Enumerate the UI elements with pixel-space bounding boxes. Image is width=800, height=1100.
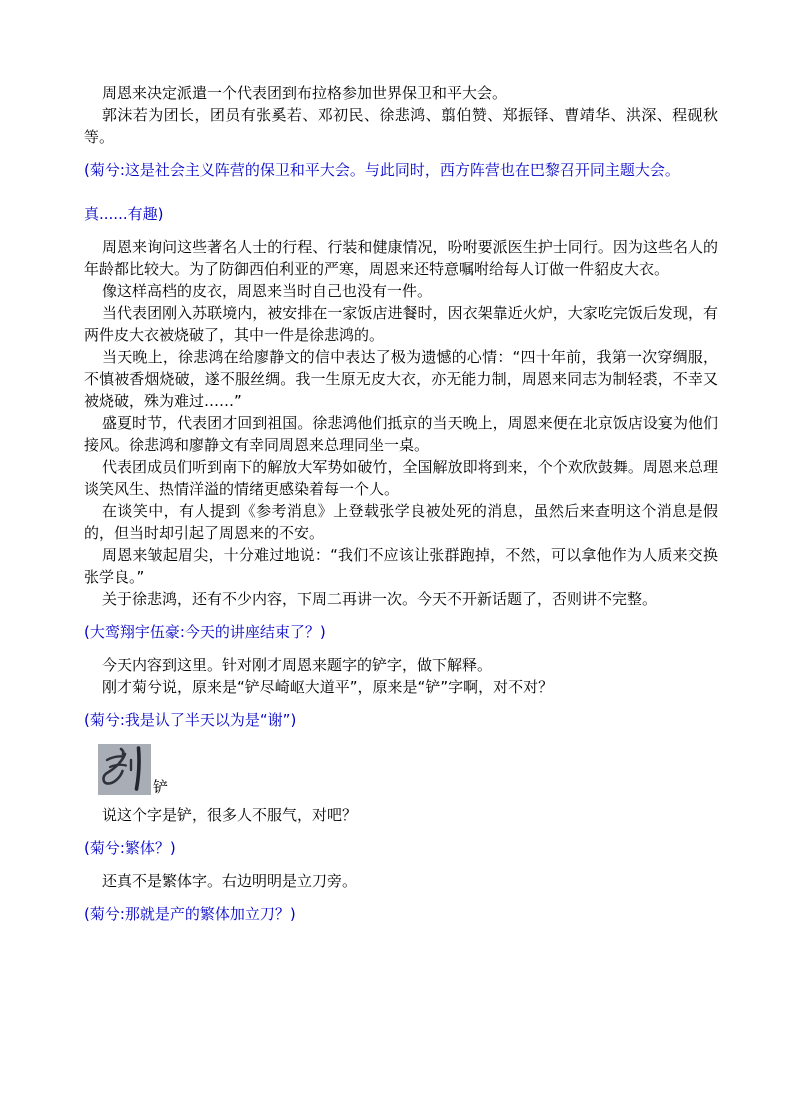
paragraph: 在谈笑中，有人提到《参考消息》上登载张学良被处死的消息，虽然后来查明这个消息是假…	[84, 500, 718, 544]
comment: (菊兮:我是认了半天以为是“谢”)	[84, 709, 718, 731]
comment-line: (菊兮:我是认了半天以为是“谢”)	[84, 709, 718, 731]
comment: (菊兮:这是社会主义阵营的保卫和平大会。与此同时，西方阵营也在巴黎召开同主题大会…	[84, 159, 718, 225]
paragraph: 代表团成员们听到南下的解放大军势如破竹，全国解放即将到来，个个欢欣鼓舞。周恩来总…	[84, 456, 718, 500]
document-page: 周恩来决定派遣一个代表团到布拉格参加世界保卫和平大会。郭沫若为团长，团员有张奚若…	[0, 0, 800, 1100]
comment-line: (大鸾翔宇伍豪:今天的讲座结束了？)	[84, 621, 718, 643]
paragraph: 刚才菊兮说，原来是“铲尽崎岖大道平”，原来是“铲”字啊，对不对？	[84, 676, 718, 698]
paragraph: 关于徐悲鸿，还有不少内容，下周二再讲一次。今天不开新话题了，否则讲不完整。	[84, 588, 718, 610]
paragraph: 周恩来询问这些著名人士的行程、行装和健康情况，吩咐要派医生护士同行。因为这些名人…	[84, 236, 718, 280]
calligraphy-figure: 铲	[98, 744, 718, 795]
comment-line: (菊兮:繁体？)	[84, 837, 718, 859]
comment-line: 真......有趣)	[84, 203, 718, 225]
paragraph: 盛夏时节，代表团才回到祖国。徐悲鸿他们抵京的当天晚上，周恩来便在北京饭店设宴为他…	[84, 412, 718, 456]
paragraph: 像这样高档的皮衣，周恩来当时自己也没有一件。	[84, 280, 718, 302]
paragraph: 周恩来皱起眉尖，十分难过地说：“我们不应该让张群跑掉，不然，可以拿他作为人质来交…	[84, 544, 718, 588]
paragraph: 郭沫若为团长，团员有张奚若、邓初民、徐悲鸿、翦伯赞、郑振铎、曹靖华、洪深、程砚秋…	[84, 104, 718, 148]
comment-line	[84, 181, 718, 203]
comment: (菊兮:繁体？)	[84, 837, 718, 859]
calligraphy-image	[98, 744, 151, 795]
paragraph: 说这个字是铲，很多人不服气，对吧？	[84, 804, 718, 826]
cursive-chan-glyph	[98, 744, 151, 795]
comment-line: (菊兮:那就是产的繁体加立刀？)	[84, 903, 718, 925]
comment-line: (菊兮:这是社会主义阵营的保卫和平大会。与此同时，西方阵营也在巴黎召开同主题大会…	[84, 159, 718, 181]
paragraph: 还真不是繁体字。右边明明是立刀旁。	[84, 870, 718, 892]
paragraph: 周恩来决定派遣一个代表团到布拉格参加世界保卫和平大会。	[84, 82, 718, 104]
paragraph: 当代表团刚入苏联境内，被安排在一家饭店进餐时，因衣架靠近火炉，大家吃完饭后发现，…	[84, 302, 718, 346]
paragraph: 今天内容到这里。针对刚才周恩来题字的铲字，做下解释。	[84, 654, 718, 676]
comment: (菊兮:那就是产的繁体加立刀？)	[84, 903, 718, 925]
comment: (大鸾翔宇伍豪:今天的讲座结束了？)	[84, 621, 718, 643]
paragraph: 当天晚上，徐悲鸿在给廖静文的信中表达了极为遗憾的心情：“四十年前，我第一次穿绸服…	[84, 346, 718, 412]
figure-label: 铲	[153, 779, 168, 795]
